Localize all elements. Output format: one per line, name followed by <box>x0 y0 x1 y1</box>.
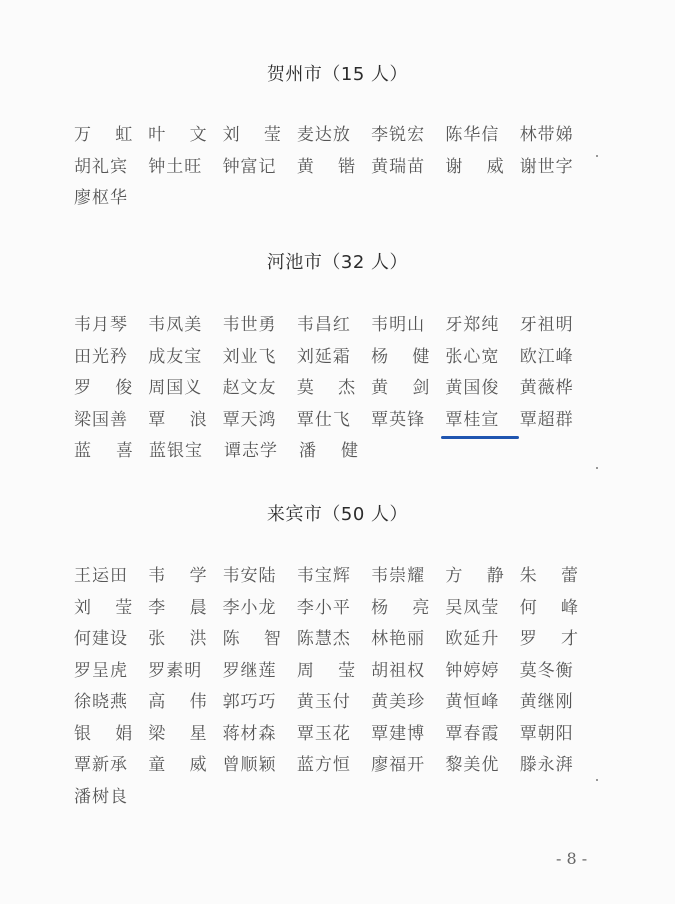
person-name: 韦明山 <box>371 310 445 335</box>
person-name: 韦世勇 <box>223 310 297 335</box>
person-name: 廖福开 <box>371 750 445 775</box>
person-name: 覃朝阳 <box>520 719 594 744</box>
person-name: 韦安陆 <box>223 561 297 586</box>
person-name: 黄瑞苗 <box>371 152 445 177</box>
person-name: 覃超群 <box>520 405 594 430</box>
person-name: 谭志学 <box>224 436 299 461</box>
person-name: 李晨 <box>148 593 222 618</box>
person-name: 麦达放 <box>297 120 371 145</box>
person-name: 林艳丽 <box>371 624 445 649</box>
person-name: 杨健 <box>371 342 445 367</box>
margin-dot <box>596 155 598 157</box>
person-name: 罗素明 <box>148 656 222 681</box>
person-name: 莫冬衡 <box>520 656 594 681</box>
person-name: 罗呈虎 <box>74 656 148 681</box>
name-row: 刘莹李晨李小龙李小平杨亮吴凤莹何峰 <box>74 590 594 622</box>
person-name: 欧江峰 <box>520 342 594 367</box>
person-name: 罗继莲 <box>223 656 297 681</box>
name-row: 万虹叶文刘莹麦达放李锐宏陈华信林带娣 <box>74 117 594 149</box>
person-name: 刘延霜 <box>297 342 371 367</box>
name-row: 银娟梁星蒋材森覃玉花覃建博覃春霞覃朝阳 <box>74 716 594 748</box>
section-title-laibin: 来宾市（50 人） <box>0 500 675 526</box>
person-name: 潘树良 <box>74 782 149 807</box>
person-name: 覃新承 <box>74 750 148 775</box>
person-name: 欧延升 <box>445 624 519 649</box>
person-name: 覃建博 <box>371 719 445 744</box>
person-name: 韦月琴 <box>74 310 148 335</box>
name-grid-laibin: 王运田韦学韦安陆韦宝辉韦崇耀方静朱蕾刘莹李晨李小龙李小平杨亮吴凤莹何峰何建设张洪… <box>74 558 594 810</box>
person-name: 潘健 <box>299 436 374 461</box>
person-name: 刘业飞 <box>223 342 297 367</box>
person-name: 林带娣 <box>520 120 594 145</box>
person-name: 童威 <box>148 750 222 775</box>
person-name: 覃玉花 <box>297 719 371 744</box>
person-name: 银娟 <box>74 719 148 744</box>
person-name: 蓝喜 <box>74 436 149 461</box>
name-grid-hezhou: 万虹叶文刘莹麦达放李锐宏陈华信林带娣胡礼宾钟土旺钟富记黄锴黄瑞苗谢威谢世字廖枢华 <box>74 117 594 212</box>
person-name: 黄恒峰 <box>445 687 519 712</box>
person-name: 田光矜 <box>74 342 148 367</box>
person-name: 梁星 <box>148 719 222 744</box>
person-name: 牙祖明 <box>520 310 594 335</box>
person-name: 蒋材森 <box>223 719 297 744</box>
name-row: 田光矜成友宝刘业飞刘延霜杨健张心宽欧江峰 <box>74 339 594 371</box>
margin-dot <box>596 467 598 469</box>
person-name: 何峰 <box>520 593 594 618</box>
name-row: 梁国善覃浪覃天鸿覃仕飞覃英锋覃桂宣覃超群 <box>74 402 594 434</box>
person-name: 韦崇耀 <box>371 561 445 586</box>
person-name: 黄薇桦 <box>520 373 594 398</box>
person-name: 廖枢华 <box>74 183 149 208</box>
highlight-underline <box>441 436 519 439</box>
person-name: 蓝方恒 <box>297 750 371 775</box>
name-row: 覃新承童威曾顺颖蓝方恒廖福开黎美优滕永湃 <box>74 747 594 779</box>
person-name: 滕永湃 <box>520 750 594 775</box>
person-name: 郭巧巧 <box>223 687 297 712</box>
section-title-hechi: 河池市（32 人） <box>0 248 675 274</box>
person-name: 吴凤莹 <box>445 593 519 618</box>
person-name: 赵文友 <box>223 373 297 398</box>
person-name: 刘莹 <box>74 593 148 618</box>
person-name: 黄美珍 <box>371 687 445 712</box>
margin-dot <box>596 779 598 781</box>
name-row: 胡礼宾钟土旺钟富记黄锴黄瑞苗谢威谢世字 <box>74 149 594 181</box>
person-name: 韦宝辉 <box>297 561 371 586</box>
name-row: 罗呈虎罗素明罗继莲周莹胡祖权钟婷婷莫冬衡 <box>74 653 594 685</box>
person-name: 罗俊 <box>74 373 148 398</box>
person-name: 李小龙 <box>223 593 297 618</box>
person-name: 韦昌红 <box>297 310 371 335</box>
person-name: 张洪 <box>148 624 222 649</box>
person-name: 胡祖权 <box>371 656 445 681</box>
person-name: 李小平 <box>297 593 371 618</box>
person-name: 胡礼宾 <box>74 152 148 177</box>
person-name: 钟土旺 <box>148 152 222 177</box>
name-grid-hechi: 韦月琴韦凤美韦世勇韦昌红韦明山牙郑纯牙祖明田光矜成友宝刘业飞刘延霜杨健张心宽欧江… <box>74 307 594 465</box>
person-name: 罗才 <box>520 624 594 649</box>
person-name: 韦学 <box>148 561 222 586</box>
person-name: 周国义 <box>148 373 222 398</box>
person-name: 钟富记 <box>223 152 297 177</box>
person-name: 刘莹 <box>223 120 297 145</box>
name-row: 廖枢华 <box>74 180 594 212</box>
person-name: 成友宝 <box>148 342 222 367</box>
person-name: 陈智 <box>223 624 297 649</box>
person-name: 黄国俊 <box>445 373 519 398</box>
person-name: 李锐宏 <box>371 120 445 145</box>
person-name: 叶文 <box>148 120 222 145</box>
name-row: 潘树良 <box>74 779 594 811</box>
person-name: 方静 <box>445 561 519 586</box>
name-row: 韦月琴韦凤美韦世勇韦昌红韦明山牙郑纯牙祖明 <box>74 307 594 339</box>
person-name: 蓝银宝 <box>149 436 224 461</box>
person-name: 万虹 <box>74 120 148 145</box>
person-name: 曾顺颖 <box>223 750 297 775</box>
person-name: 牙郑纯 <box>445 310 519 335</box>
person-name: 黄继刚 <box>520 687 594 712</box>
person-name: 黄锴 <box>297 152 371 177</box>
person-name: 陈慧杰 <box>297 624 371 649</box>
person-name: 黎美优 <box>445 750 519 775</box>
person-name: 王运田 <box>74 561 148 586</box>
person-name: 徐晓燕 <box>74 687 148 712</box>
person-name: 朱蕾 <box>520 561 594 586</box>
page-number: - 8 - <box>556 849 587 868</box>
person-name: 杨亮 <box>371 593 445 618</box>
name-row: 徐晓燕高伟郭巧巧黄玉付黄美珍黄恒峰黄继刚 <box>74 684 594 716</box>
person-name: 覃天鸿 <box>223 405 297 430</box>
person-name: 谢世字 <box>520 152 594 177</box>
person-name: 张心宽 <box>445 342 519 367</box>
person-name: 黄剑 <box>371 373 445 398</box>
person-name: 覃春霞 <box>445 719 519 744</box>
person-name: 韦凤美 <box>148 310 222 335</box>
name-row: 罗俊周国义赵文友莫杰黄剑黄国俊黄薇桦 <box>74 370 594 402</box>
person-name: 何建设 <box>74 624 148 649</box>
name-row: 王运田韦学韦安陆韦宝辉韦崇耀方静朱蕾 <box>74 558 594 590</box>
person-name: 谢威 <box>445 152 519 177</box>
person-name: 覃英锋 <box>371 405 445 430</box>
person-name: 覃仕飞 <box>297 405 371 430</box>
person-name: 莫杰 <box>297 373 371 398</box>
person-name: 黄玉付 <box>297 687 371 712</box>
section-title-hezhou: 贺州市（15 人） <box>0 60 675 86</box>
person-name: 周莹 <box>297 656 371 681</box>
name-row: 何建设张洪陈智陈慧杰林艳丽欧延升罗才 <box>74 621 594 653</box>
person-name: 钟婷婷 <box>445 656 519 681</box>
person-name: 覃浪 <box>148 405 222 430</box>
person-name: 高伟 <box>148 687 222 712</box>
person-name: 梁国善 <box>74 405 148 430</box>
person-name: 覃桂宣 <box>445 405 519 430</box>
person-name: 陈华信 <box>445 120 519 145</box>
